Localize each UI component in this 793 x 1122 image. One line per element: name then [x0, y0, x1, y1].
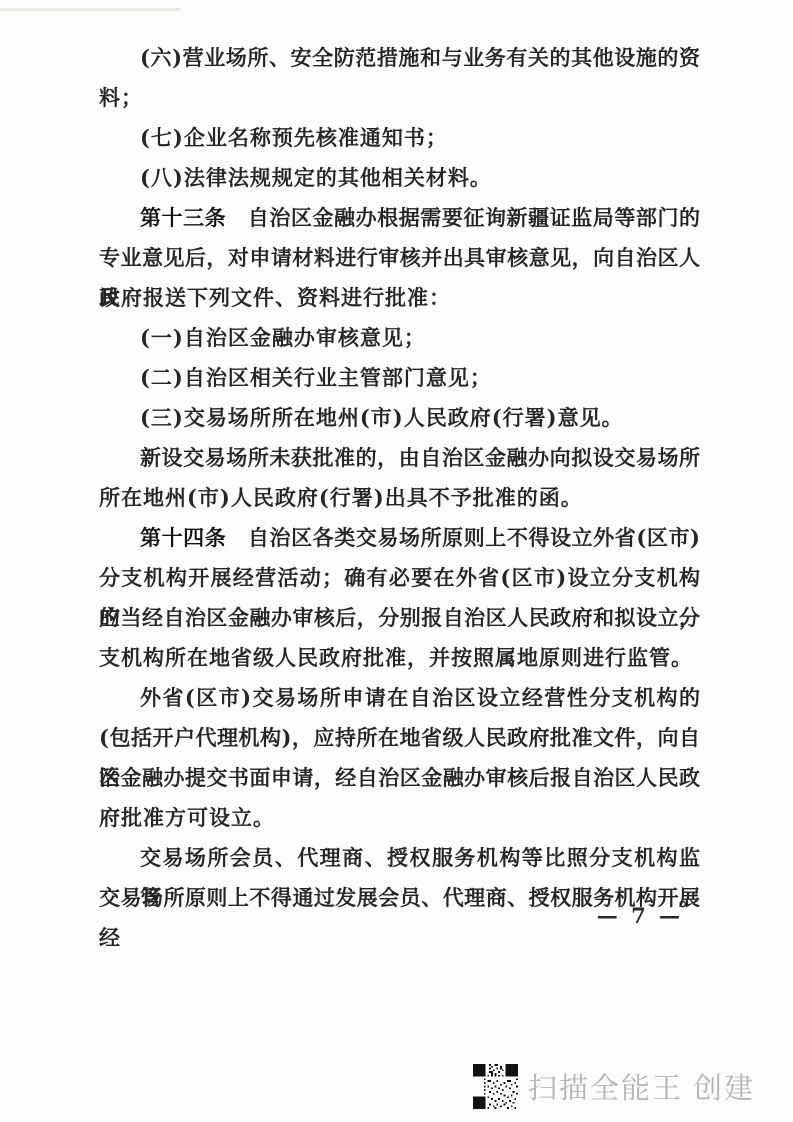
article-number: 第十四条 — [140, 525, 226, 550]
watermark-text: 扫描全能王 创建 — [528, 1066, 755, 1107]
text-line: 所在地州(市)人民政府(行署)出具不予批准的函。 — [99, 478, 700, 518]
text-line: 分支机构开展经营活动；确有必要在外省(区市)设立分支机构的， — [99, 558, 700, 598]
text-line: 支机构所在地省级人民政府批准，并按照属地原则进行监管。 — [99, 638, 700, 678]
text-line: (八)法律法规规定的其他相关材料。 — [99, 158, 700, 198]
text-line: 应当经自治区金融办审核后，分别报自治区人民政府和拟设立分 — [99, 598, 700, 638]
text-line: 外省(区市)交易场所申请在自治区设立经营性分支机构的 — [99, 678, 700, 718]
text-line: 区金融办提交书面申请，经自治区金融办审核后报自治区人民政 — [99, 758, 700, 798]
text-line: 交易场所会员、代理商、授权服务机构等比照分支机构监管。 — [99, 838, 700, 878]
text-line: 第十四条 自治区各类交易场所原则上不得设立外省(区市) — [99, 518, 700, 558]
page-number: — 7 — — [597, 903, 683, 928]
text-line: (包括开户代理机构)，应持所在地省级人民政府批准文件，向自治 — [99, 718, 700, 758]
text-line: 料； — [99, 78, 700, 118]
text-line: 第十三条 自治区金融办根据需要征询新疆证监局等部门的 — [99, 198, 700, 238]
text-line: (六)营业场所、安全防范措施和与业务有关的其他设施的资 — [99, 38, 700, 78]
text-line: (七)企业名称预先核准通知书； — [99, 118, 700, 158]
scan-artifact — [0, 8, 180, 11]
watermark: 扫描全能王 创建 — [473, 1063, 755, 1109]
text-line: 政府报送下列文件、资料进行批准： — [99, 278, 700, 318]
qr-code-icon — [473, 1064, 518, 1109]
text-line: 府批准方可设立。 — [99, 798, 700, 838]
document-lines: (六)营业场所、安全防范措施和与业务有关的其他设施的资料；(七)企业名称预先核准… — [99, 38, 700, 918]
article-number: 第十三条 — [140, 205, 226, 230]
text-line: 专业意见后，对申请材料进行审核并出具审核意见，向自治区人民 — [99, 238, 700, 278]
text-line: (二)自治区相关行业主管部门意见； — [99, 358, 700, 398]
document-page: (六)营业场所、安全防范措施和与业务有关的其他设施的资料；(七)企业名称预先核准… — [0, 0, 793, 1122]
text-line: 新设交易场所未获批准的，由自治区金融办向拟设交易场所 — [99, 438, 700, 478]
text-line: (一)自治区金融办审核意见； — [99, 318, 700, 358]
text-line: (三)交易场所所在地州(市)人民政府(行署)意见。 — [99, 398, 700, 438]
